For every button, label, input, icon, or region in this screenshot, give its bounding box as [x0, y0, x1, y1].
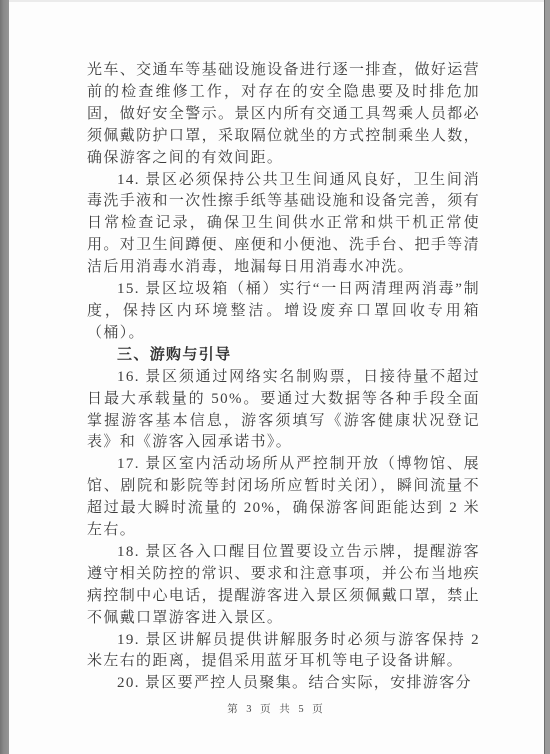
paragraph-item-15: 15. 景区垃圾箱（桶）实行“一日两清理两消毒”制度，保持区内环境整洁。增设废弃…	[87, 279, 480, 345]
section-heading: 三、游购与引导	[87, 345, 480, 367]
paragraph-item-20: 20. 景区要严控人员聚集。结合实际，安排游客分	[87, 673, 480, 695]
viewer-edge-top	[9, 0, 544, 2]
paragraph-item-18: 18. 景区各入口醒目位置要设立告示牌，提醒游客遵守相关防控的常识、要求和注意事…	[87, 542, 480, 630]
paragraph-item-19: 19. 景区讲解员提供讲解服务时必须与游客保持 2 米左右的距离，提倡采用蓝牙耳…	[87, 630, 480, 674]
document-body: 光车、交通车等基础设施设备进行逐一排查，做好运营前的检查维修工作，对存在的安全隐…	[87, 60, 480, 695]
paragraph-continuation: 光车、交通车等基础设施设备进行逐一排查，做好运营前的检查维修工作，对存在的安全隐…	[87, 60, 480, 170]
page-number-footer: 第 3 页 共 5 页	[9, 701, 544, 716]
paragraph-item-16: 16. 景区须通过网络实名制购票，日接待量不超过日最大承载量的 50%。要通过大…	[87, 367, 480, 455]
viewer-edge-right	[544, 0, 550, 754]
viewer-edge-left	[0, 0, 9, 754]
paragraph-item-17: 17. 景区室内活动场所从严控制开放（博物馆、展馆、剧院和影院等封闭场所应暂时关…	[87, 454, 480, 542]
document-page: 光车、交通车等基础设施设备进行逐一排查，做好运营前的检查维修工作，对存在的安全隐…	[0, 0, 550, 754]
paragraph-item-14: 14. 景区必须保持公共卫生间通风良好，卫生间消毒洗手液和一次性擦手纸等基础设施…	[87, 170, 480, 280]
